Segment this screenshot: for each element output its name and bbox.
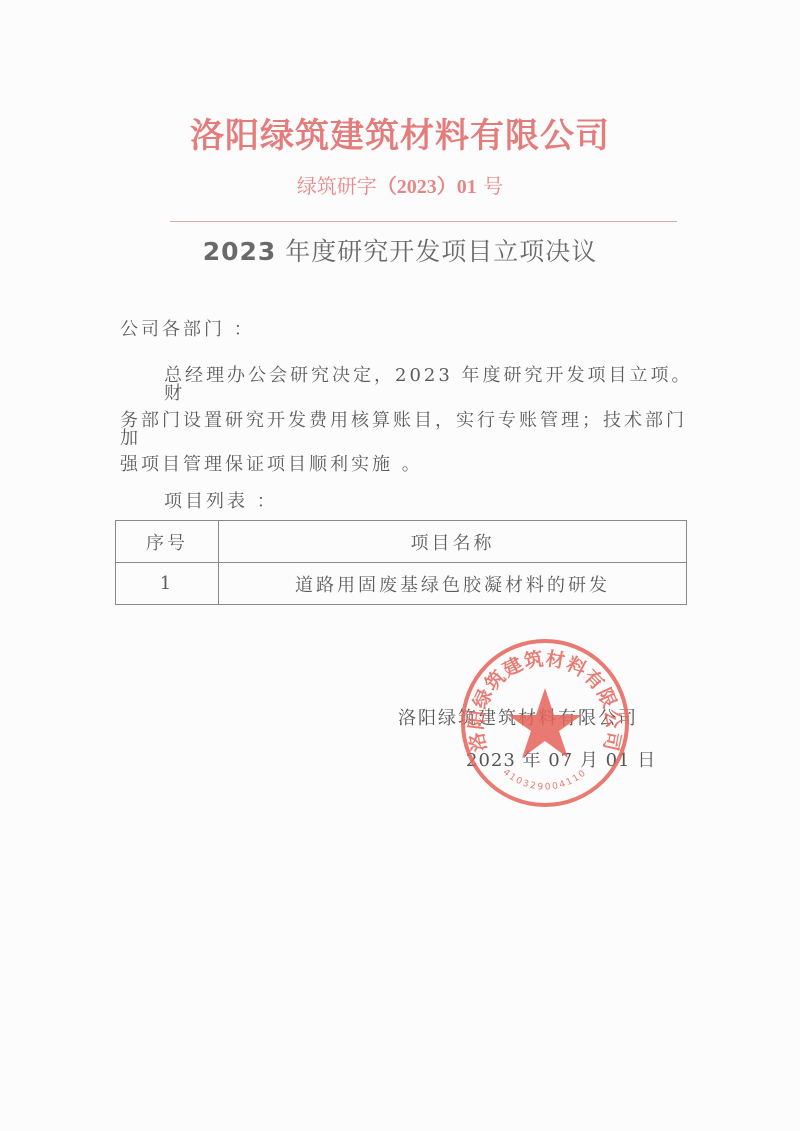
company-letterhead: 洛阳绿筑建筑材料有限公司: [0, 108, 800, 157]
company-seal-icon: 洛阳绿筑建筑材料有限公司 410329004110: [458, 636, 632, 810]
table-row: 1 道路用固废基绿色胶凝材料的研发: [116, 563, 687, 605]
paragraph-line-3: 强项目管理保证项目顺利实施 。: [120, 456, 695, 474]
doc-number-prefix: 绿筑研字: [297, 174, 377, 198]
paragraph-line-2: 务部门设置研究开发费用核算账目，实行专账管理；技术部门加: [120, 412, 695, 448]
salutation: 公司各部门 ：: [120, 321, 255, 339]
cell-seq: 1: [116, 563, 219, 605]
document-title: 2023 年度研究开发项目立项决议: [0, 232, 800, 268]
project-list-label: 项目列表 ：: [164, 493, 278, 511]
table-header-row: 序号 项目名称: [116, 521, 687, 563]
title-year: 2023: [203, 237, 277, 266]
header-project-name: 项目名称: [219, 521, 687, 563]
project-table: 序号 项目名称 1 道路用固废基绿色胶凝材料的研发: [115, 520, 687, 605]
header-seq: 序号: [116, 521, 219, 563]
cell-project-name: 道路用固废基绿色胶凝材料的研发: [219, 563, 687, 605]
paragraph-line-1: 总经理办公会研究决定，2023 年度研究开发项目立项。财: [120, 367, 695, 403]
header-divider: [170, 221, 677, 222]
document-number: 绿筑研字（2023）01 号: [0, 170, 800, 199]
doc-number-core: （2023）01: [377, 176, 477, 198]
title-text: 年度研究开发项目立项决议: [276, 237, 597, 266]
svg-text:410329004110: 410329004110: [501, 768, 590, 793]
doc-number-suffix: 号: [483, 174, 503, 198]
